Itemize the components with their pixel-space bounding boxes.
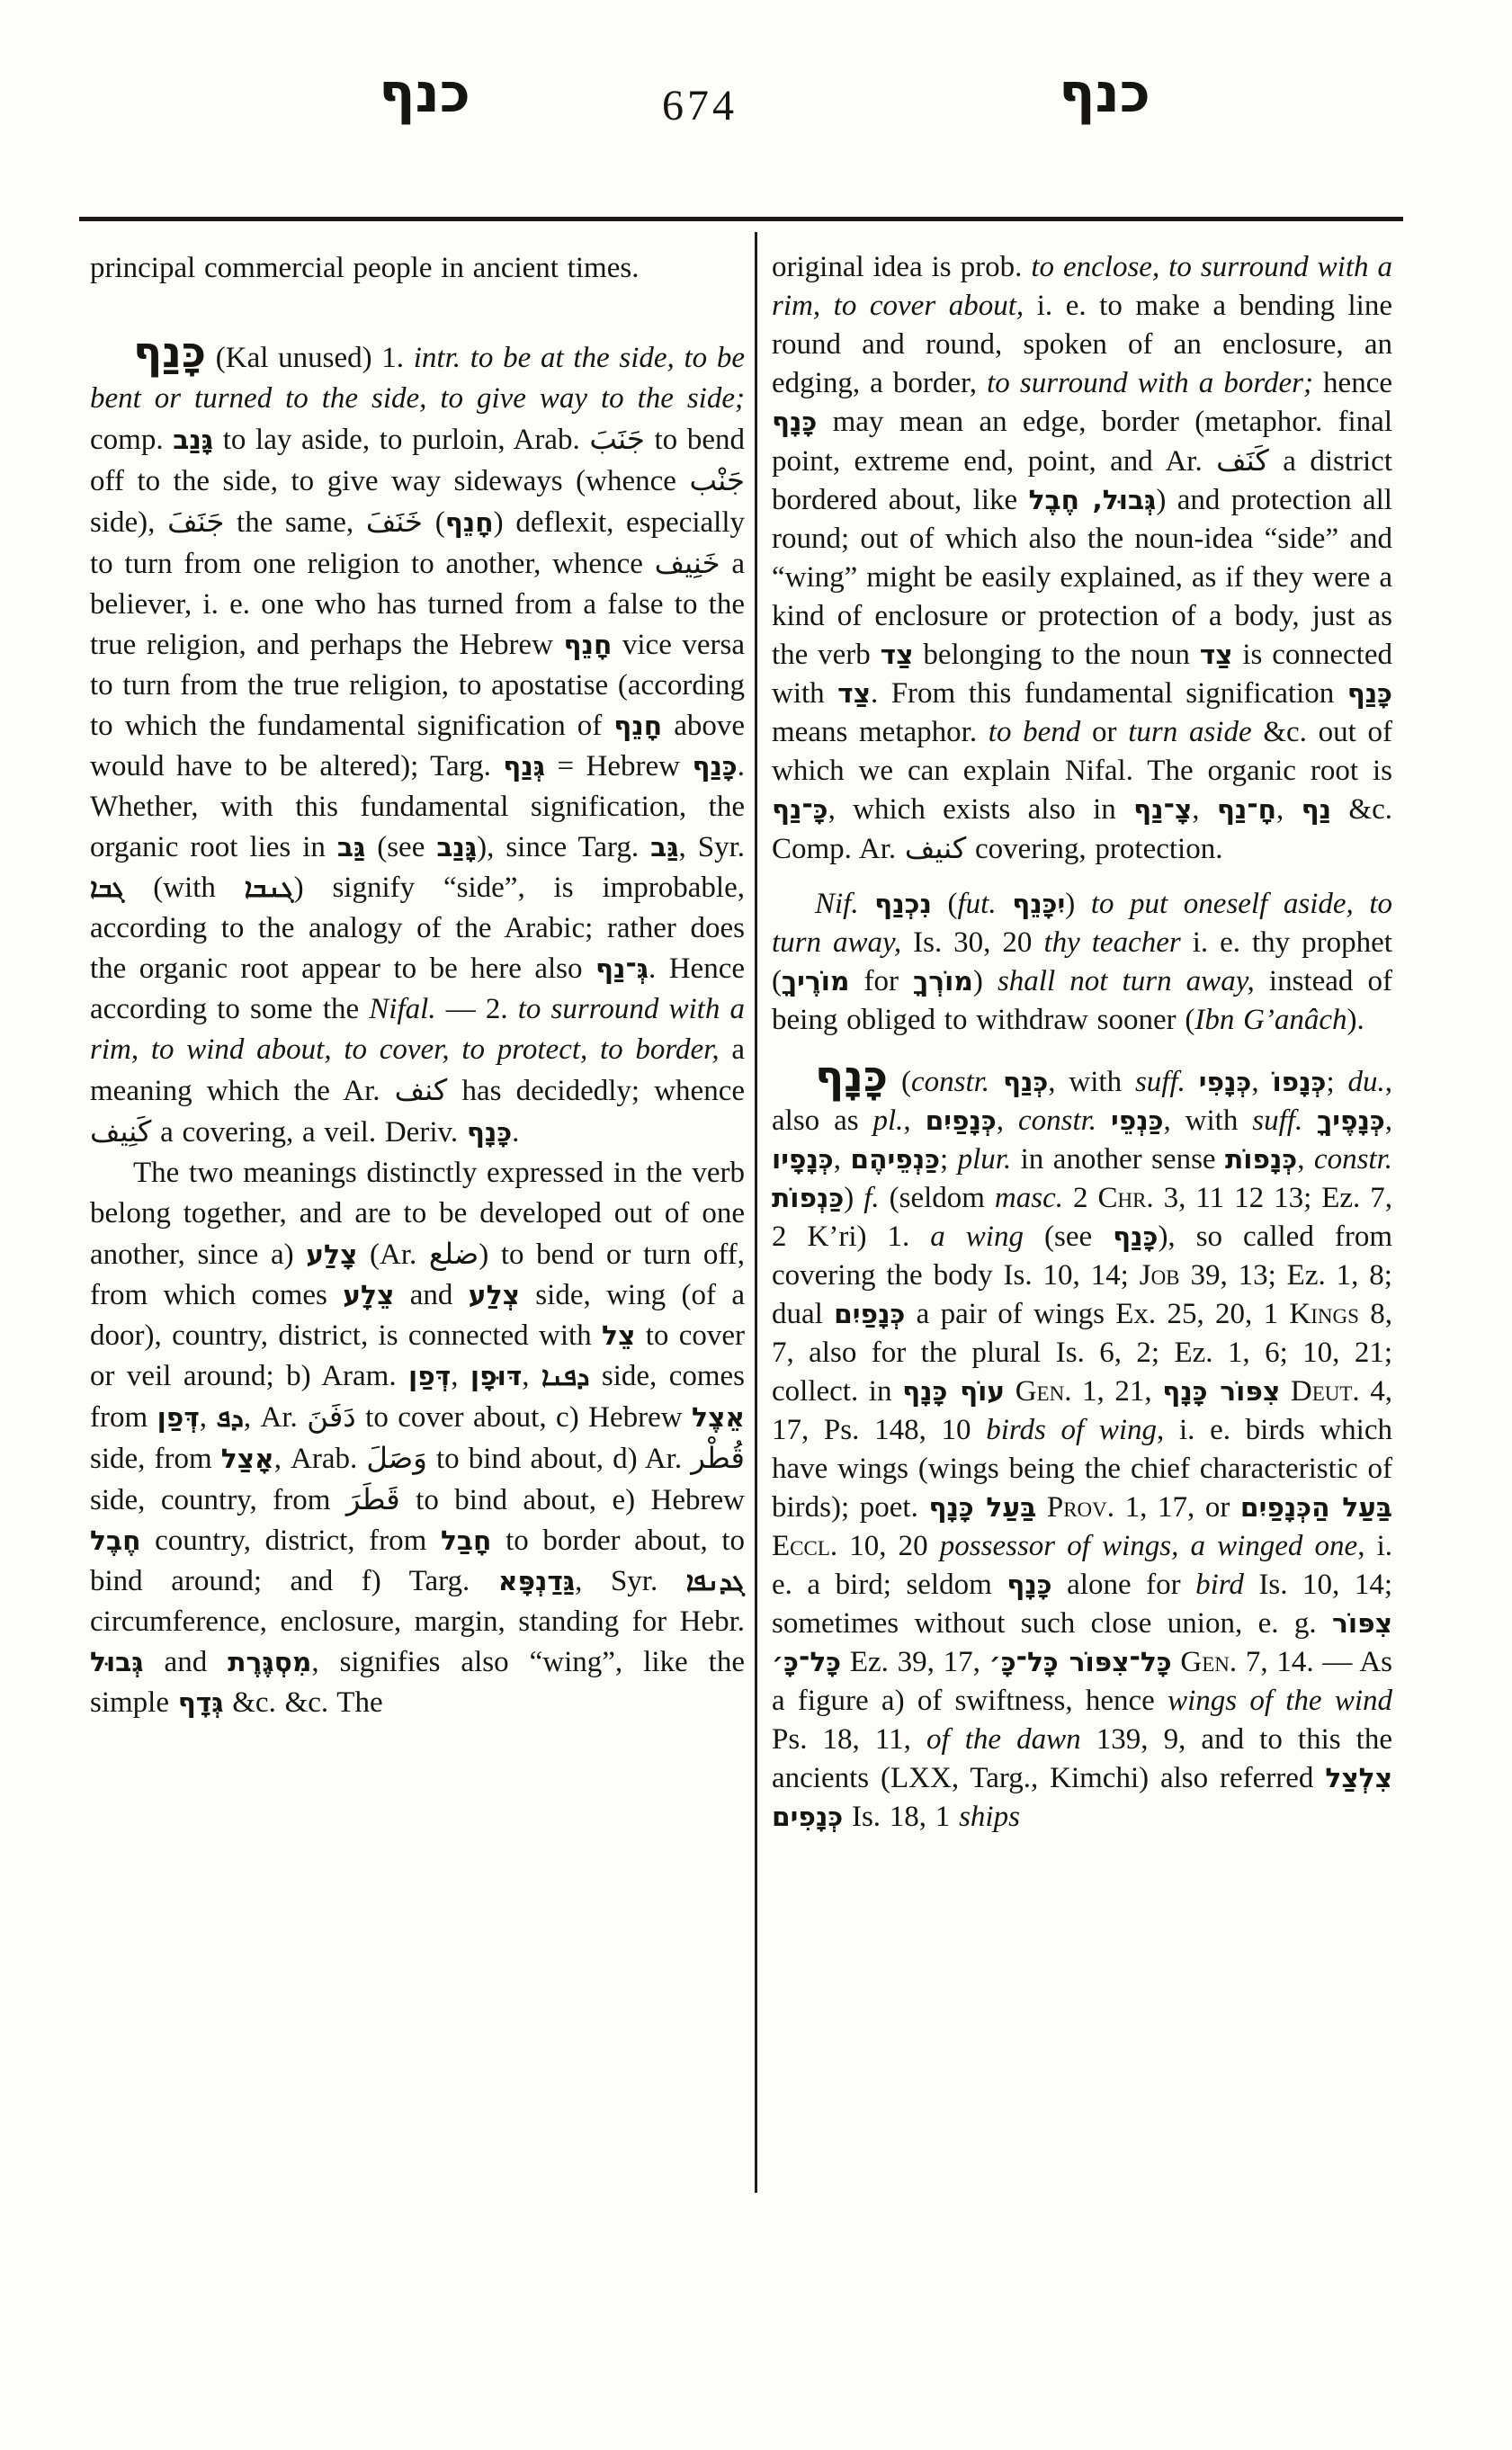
hebrew-word: צַד: [1200, 639, 1233, 671]
italic-text-run: fut.: [958, 888, 1013, 920]
italic-text-run: thy teacher: [1043, 926, 1180, 959]
hebrew-word: כָּנַף: [1347, 678, 1392, 710]
hebrew-word: גְּבוּל, חֶבֶל: [1029, 485, 1157, 516]
italic-text-run: to bend: [989, 716, 1081, 748]
text-run: , with: [1164, 1104, 1253, 1137]
header-rule: [79, 217, 1403, 221]
paragraph: The two meanings distinctly expressed in…: [90, 1153, 745, 1723]
italic-text-run: suff.: [1135, 1066, 1199, 1098]
text-run: to bind about, e) Hebrew: [400, 1484, 745, 1516]
text-run: , Arab.: [274, 1443, 367, 1475]
italic-text-run: Nifal.: [369, 993, 435, 1025]
hebrew-word: חָנֵף: [445, 507, 494, 539]
arabic-word: جَنْب: [690, 463, 745, 497]
text-run: principal commercial people in ancient t…: [90, 252, 639, 284]
hebrew-word: חָנֵף: [613, 711, 662, 742]
syriac-word: ܓܕܢܦܐ: [686, 1566, 745, 1596]
text-run: (: [423, 506, 445, 539]
text-run: and: [144, 1646, 228, 1678]
hebrew-word: כַּנְפֵיהֶם: [850, 1144, 940, 1176]
arabic-word: كنف: [395, 1073, 448, 1107]
text-run: covering, protection.: [966, 833, 1222, 865]
hebrew-word: כְּנָפוֹת: [1225, 1144, 1297, 1176]
text-run: ,: [1192, 793, 1217, 826]
hebrew-word: צָ־נַף: [1133, 794, 1192, 826]
text-run: hence: [1313, 367, 1392, 399]
italic-text-run: birds of wing: [986, 1414, 1157, 1446]
text-run: , Ar.: [244, 1401, 307, 1434]
text-run: side),: [90, 506, 167, 539]
hebrew-word: כָּנָף: [1007, 1569, 1051, 1601]
text-run: a pair of wings Ex. 25, 20, 1: [905, 1298, 1289, 1330]
italic-text-run: Nif.: [815, 888, 874, 920]
hebrew-word: גְּנַף: [503, 751, 545, 782]
hebrew-word: בַּעַל הַכְּנָפַיִם: [1240, 1492, 1392, 1524]
text-run: 10, 20: [837, 1530, 940, 1562]
text-run: country, district, from: [140, 1525, 441, 1557]
text-run: , with: [1048, 1066, 1135, 1098]
text-run: and: [394, 1279, 468, 1311]
italic-text-run: suff.: [1252, 1104, 1317, 1137]
hebrew-word: צַד: [837, 678, 871, 710]
text-run: [1280, 1375, 1291, 1408]
header-keyword-left: כנף: [326, 67, 523, 121]
hebrew-word: נִכְנַף: [874, 889, 932, 920]
hebrew-word: מוֹרְךָ: [913, 966, 973, 997]
smallcaps-reference: Deut.: [1291, 1375, 1360, 1408]
text-run: ): [844, 1182, 863, 1214]
hebrew-word: צִפּוֹר כָּנָף: [1162, 1376, 1280, 1408]
italic-text-run: constr.: [1314, 1143, 1392, 1176]
text-run: (see: [1024, 1221, 1113, 1253]
hebrew-word: אָצַל: [221, 1444, 274, 1475]
text-run: . From this fundamental signification: [871, 677, 1347, 710]
text-run: comp.: [90, 424, 173, 456]
syriac-word: ܕܦܢܐ: [541, 1361, 589, 1391]
italic-text-run: masc.: [995, 1182, 1063, 1214]
text-run: circumference, enclosure, margin, standi…: [90, 1605, 745, 1638]
text-run: [1172, 1646, 1181, 1678]
text-run: Ps. 18, 11,: [772, 1723, 926, 1756]
text-run: , Syr.: [679, 831, 746, 863]
text-run: [1005, 1375, 1015, 1408]
italic-text-run: possessor of wings, a winged one: [940, 1530, 1357, 1562]
text-run: 1, 17, or: [1114, 1491, 1240, 1524]
hebrew-word: צָלַע: [306, 1239, 357, 1271]
smallcaps-reference: Kings: [1289, 1298, 1359, 1330]
italic-text-run: turn aside: [1128, 716, 1251, 748]
text-run: side, country, from: [90, 1484, 346, 1516]
hebrew-word: כְּנָפַיִם: [834, 1299, 905, 1330]
hebrew-word: חָנֵף: [563, 630, 612, 661]
hebrew-word: גְּבוּל: [90, 1647, 144, 1678]
italic-text-run: du.: [1348, 1066, 1385, 1098]
arabic-word: قَطَرَ: [346, 1482, 400, 1516]
hebrew-word: כְּנָפוֹ: [1272, 1067, 1326, 1098]
hebrew-word: גָּנַב: [173, 425, 213, 456]
text-run: ;: [1326, 1066, 1347, 1098]
text-run: ,: [997, 1104, 1018, 1137]
text-run: ,: [200, 1401, 217, 1434]
italic-text-run: plur.: [958, 1143, 1012, 1176]
hebrew-word: חֶבֶל: [90, 1525, 140, 1557]
hebrew-word: כָּנָף: [467, 1117, 512, 1149]
italic-text-run: f.: [863, 1182, 879, 1214]
left-column: principal commercial people in ancient t…: [90, 248, 745, 1723]
italic-text-run: ships: [959, 1801, 1020, 1833]
text-run: ,: [1251, 1066, 1272, 1098]
italic-text-run: pl.: [872, 1104, 903, 1137]
arabic-word: ضلع: [429, 1237, 479, 1271]
hebrew-headword: כָּנַף: [133, 328, 206, 378]
hebrew-word: צַד: [881, 639, 914, 671]
text-run: Is. 30, 20: [901, 926, 1043, 959]
hebrew-word: בַּעַל כָּנָף: [928, 1492, 1036, 1524]
text-run: original idea is prob.: [772, 251, 1031, 283]
italic-text-run: to surround with a border;: [987, 367, 1313, 399]
smallcaps-reference: Eccl.: [772, 1530, 837, 1562]
arabic-word: كَنِيف: [90, 1114, 151, 1149]
hebrew-word: כְּנָפִי: [1199, 1067, 1252, 1098]
text-run: = Hebrew: [545, 750, 692, 782]
hebrew-word: כָּ־נַף: [772, 794, 828, 826]
arabic-word: خَنِيف: [655, 546, 720, 580]
hebrew-word: דּוּפָן: [470, 1361, 522, 1392]
arabic-word: كنيف: [905, 831, 966, 865]
hebrew-word: כְּנָפֶיךָ: [1317, 1105, 1385, 1137]
text-run: — 2.: [436, 993, 518, 1025]
hebrew-word: צְלַע: [469, 1280, 520, 1311]
syriac-word: ܕܦ: [217, 1402, 244, 1433]
hebrew-word: יִכָּנֵף: [1012, 889, 1065, 920]
text-run: alone for: [1052, 1569, 1196, 1601]
text-run: has decidedly; whence: [447, 1075, 745, 1107]
paragraph: כָּנָף (constr. כְּנַף, with suff. כְּנָ…: [772, 1056, 1392, 1837]
text-run: to bind about, d) Ar.: [427, 1443, 691, 1475]
hebrew-word: כְּנָפַיִם: [926, 1105, 997, 1137]
dictionary-page: כנף 674 כנף principal commercial people …: [0, 0, 1512, 2450]
arabic-word: خَنَفَ: [366, 505, 423, 539]
text-run: ), since Targ.: [477, 831, 650, 863]
text-run: &c. &c. The: [224, 1686, 383, 1719]
smallcaps-reference: Chr.: [1097, 1182, 1153, 1214]
paragraph: Nif. נִכְנַף (fut. יִכָּנֵף) to put ones…: [772, 885, 1392, 1040]
hebrew-word: גַּב: [650, 832, 678, 863]
text-run: 1, 21,: [1071, 1375, 1162, 1408]
text-run: means metaphor.: [772, 716, 989, 748]
text-run: ): [1065, 888, 1091, 920]
italic-text-run: Ibn G’anâch: [1194, 1004, 1346, 1036]
text-run: ,: [522, 1360, 541, 1392]
text-run: Ez. 39, 17,: [841, 1646, 989, 1678]
smallcaps-reference: Job: [1140, 1259, 1180, 1292]
text-run: to cover about, c) Hebrew: [356, 1401, 692, 1434]
hebrew-word: עוֹף כָּנָף: [902, 1376, 1005, 1408]
text-run: 2: [1063, 1182, 1097, 1214]
hebrew-word: כָּנַף: [1113, 1221, 1158, 1253]
hebrew-word: צֵלָע: [343, 1280, 394, 1311]
text-run: Is. 18, 1: [843, 1801, 959, 1833]
column-divider: [755, 232, 757, 2193]
syriac-word: ܓܢܒܐ: [245, 872, 294, 903]
arabic-word: وَصَلَ: [366, 1441, 427, 1475]
arabic-word: جَنَفَ: [167, 505, 224, 539]
hebrew-word: כַּנְפוֹת: [772, 1183, 844, 1214]
hebrew-headword: כָּנָף: [815, 1052, 888, 1102]
text-run: , Syr.: [575, 1565, 686, 1597]
text-run: .: [512, 1116, 519, 1149]
smallcaps-reference: Prov.: [1047, 1491, 1114, 1524]
hebrew-word: כְּנָפָיו: [772, 1144, 834, 1176]
right-column: original idea is prob. to enclose, to su…: [772, 248, 1392, 1837]
hebrew-word: חָ־נַף: [1217, 794, 1276, 826]
hebrew-word: מִסְגֶּרֶת: [228, 1647, 311, 1678]
page-number: 674: [619, 85, 781, 128]
hebrew-word: צֵל: [602, 1320, 635, 1352]
italic-text-run: a wing: [930, 1221, 1024, 1253]
hebrew-word: חָבַל: [441, 1525, 491, 1557]
text-run: ,: [451, 1360, 470, 1392]
text-run: ,: [903, 1104, 925, 1137]
text-run: [1036, 1491, 1047, 1524]
paragraph: original idea is prob. to enclose, to su…: [772, 248, 1392, 869]
hebrew-word: נַף: [1302, 794, 1332, 826]
smallcaps-reference: Gen.: [1015, 1375, 1072, 1408]
text-run: (Kal unused) 1.: [206, 342, 414, 374]
text-run: ,: [1297, 1143, 1314, 1176]
text-run: (: [932, 888, 958, 920]
hebrew-word: כָּל־צִפּוֹר כָּל־כָּ׳: [989, 1647, 1172, 1678]
text-run: for: [849, 965, 913, 997]
text-run: , which exists also in: [828, 793, 1133, 826]
text-run: (with: [124, 872, 244, 904]
text-run: ): [973, 965, 998, 997]
paragraph: כָּנַף (Kal unused) 1. intr. to be at th…: [90, 332, 745, 1153]
hebrew-word: גַּדַנְפָּא: [498, 1566, 575, 1597]
italic-text-run: shall not turn away,: [998, 965, 1255, 997]
text-run: (: [888, 1066, 911, 1098]
text-run: (Ar.: [357, 1238, 429, 1271]
text-run: to lay aside, to purloin, Arab.: [213, 424, 589, 456]
hebrew-word: דְּפַן: [157, 1402, 200, 1434]
hebrew-word: מוֹרֶיךָ: [782, 966, 849, 997]
text-run: ,: [1385, 1104, 1392, 1137]
arabic-word: جَنَبَ: [589, 422, 644, 456]
text-run: belonging to the noun: [914, 639, 1200, 671]
hebrew-word: גְּ־נַף: [595, 953, 649, 985]
text-run: ).: [1347, 1004, 1364, 1036]
header-keyword-right: כנף: [1006, 67, 1203, 121]
hebrew-word: גְּדָף: [178, 1687, 224, 1719]
italic-text-run: of the dawn: [926, 1723, 1081, 1756]
text-run: ;: [940, 1143, 958, 1176]
text-run: or: [1080, 716, 1128, 748]
text-run: a covering, a veil. Deriv.: [151, 1116, 466, 1149]
smallcaps-reference: Gen.: [1180, 1646, 1237, 1678]
text-run: in another sense: [1011, 1143, 1225, 1176]
text-run: (see: [365, 831, 436, 863]
text-run: ,: [834, 1143, 851, 1176]
italic-text-run: constr.: [1018, 1104, 1111, 1137]
text-run: ,: [1276, 793, 1302, 826]
hebrew-word: כָּנַף: [692, 751, 737, 782]
italic-text-run: constr.: [911, 1066, 1003, 1098]
paragraph: principal commercial people in ancient t…: [90, 248, 745, 289]
text-run: (seldom: [880, 1182, 995, 1214]
italic-text-run: bird: [1195, 1569, 1244, 1601]
hebrew-word: גַּב: [337, 832, 365, 863]
italic-text-run: wings of the wind: [1168, 1685, 1392, 1717]
text-run: the same,: [224, 506, 365, 539]
arabic-word: كَنَف: [1216, 443, 1269, 478]
hebrew-word: אֵצֶל: [692, 1402, 745, 1434]
hebrew-word: גָּנַב: [436, 832, 477, 863]
arabic-word: قُطْر: [691, 1441, 745, 1475]
hebrew-word: כַּנְפֵי: [1111, 1105, 1164, 1137]
hebrew-word: דְּפַן: [408, 1361, 451, 1392]
hebrew-word: כָּנָף: [772, 407, 817, 438]
syriac-word: ܓܒܐ: [90, 872, 124, 903]
text-run: side, from: [90, 1443, 221, 1475]
arabic-word: دَفَنَ: [307, 1399, 355, 1434]
hebrew-word: כְּנַף: [1003, 1067, 1048, 1098]
